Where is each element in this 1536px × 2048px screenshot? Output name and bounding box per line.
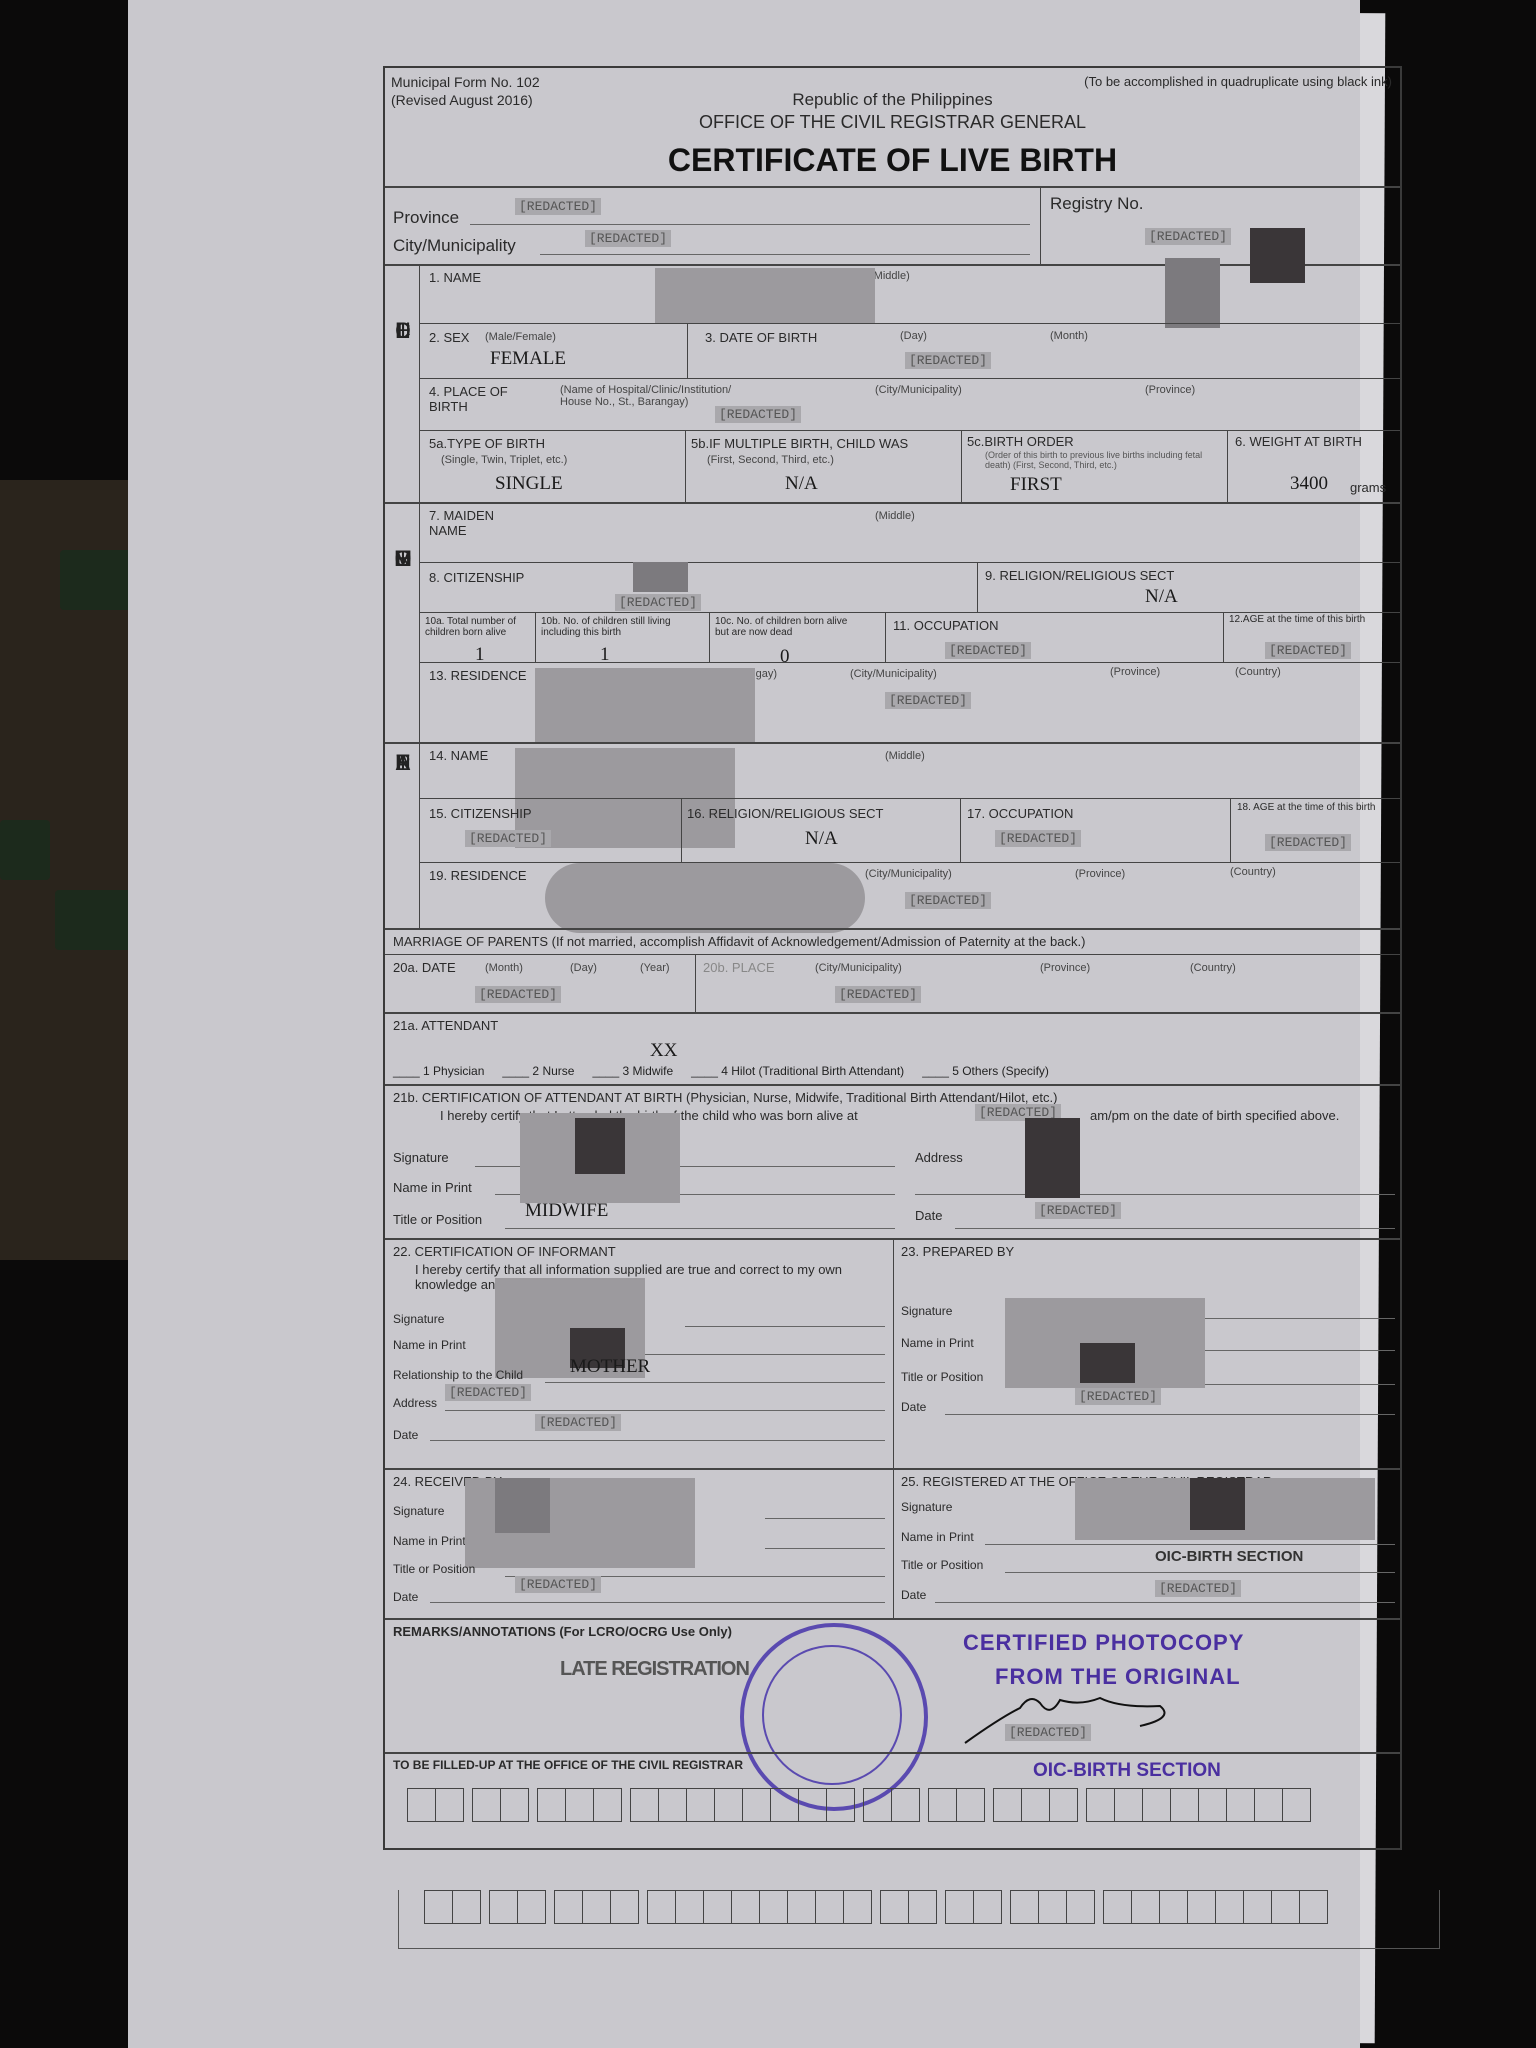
father-residence-country-label: (Country) bbox=[1230, 866, 1276, 878]
attendant-option: ____ 3 Midwife bbox=[592, 1064, 673, 1078]
entry-box[interactable] bbox=[1115, 1788, 1143, 1822]
registered-title-value: OIC-BIRTH SECTION bbox=[1155, 1548, 1303, 1565]
mother-occupation-label: 11. OCCUPATION bbox=[893, 618, 998, 633]
marriage-year-label: (Year) bbox=[640, 962, 670, 974]
ink-instruction: (To be accomplished in quadruplicate usi… bbox=[1084, 74, 1392, 89]
civil-registry-seal bbox=[740, 1623, 928, 1811]
box-group bbox=[424, 1890, 481, 1924]
office-heading: OFFICE OF THE CIVIL REGISTRAR GENERAL bbox=[385, 112, 1400, 133]
father-age-label: 18. AGE at the time of this birth bbox=[1237, 802, 1387, 813]
mother-residence-province-label: (Province) bbox=[1110, 666, 1160, 678]
attendant-cert-label: 21b. CERTIFICATION OF ATTENDANT AT BIRTH… bbox=[393, 1090, 1057, 1105]
late-registration-stamp: LATE REGISTRATION bbox=[560, 1658, 749, 1681]
entry-box[interactable] bbox=[771, 1788, 799, 1822]
entry-box[interactable] bbox=[715, 1788, 743, 1822]
signatory-name: [REDACTED] bbox=[1005, 1724, 1091, 1741]
attendant-date-label: Date bbox=[915, 1208, 942, 1223]
attendant-title-value: MIDWIFE bbox=[525, 1200, 608, 1222]
form-number: Municipal Form No. 102 bbox=[391, 74, 540, 90]
entry-box[interactable] bbox=[957, 1788, 985, 1822]
father-middle-label: (Middle) bbox=[885, 750, 925, 762]
province-label: Province bbox=[393, 208, 459, 228]
weight-unit: grams bbox=[1350, 480, 1386, 495]
entry-box[interactable] bbox=[647, 1890, 676, 1924]
tablecloth-pattern bbox=[55, 890, 135, 950]
father-occupation-value: [REDACTED] bbox=[995, 830, 1081, 847]
entry-box[interactable] bbox=[489, 1890, 518, 1924]
box-group bbox=[1086, 1788, 1311, 1822]
box-group bbox=[863, 1788, 920, 1822]
office-use-boxes bbox=[407, 1788, 1319, 1822]
entry-box[interactable] bbox=[501, 1788, 529, 1822]
entry-box[interactable] bbox=[1171, 1788, 1199, 1822]
marriage-heading: MARRIAGE OF PARENTS (If not married, acc… bbox=[393, 934, 1085, 949]
box-group bbox=[880, 1890, 937, 1924]
box-group bbox=[1103, 1890, 1328, 1924]
multiple-birth-hint: (First, Second, Third, etc.) bbox=[707, 454, 834, 466]
informant-label: 22. CERTIFICATION OF INFORMANT bbox=[393, 1244, 616, 1259]
mother-religion-label: 9. RELIGION/RELIGIOUS SECT bbox=[985, 568, 1174, 583]
redaction-block bbox=[1190, 1478, 1245, 1530]
city-label: City/Municipality bbox=[393, 236, 516, 256]
entry-box[interactable] bbox=[554, 1890, 583, 1924]
section-letter: R bbox=[389, 750, 417, 776]
entry-box[interactable] bbox=[1272, 1890, 1300, 1924]
certified-photocopy-stamp: CERTIFIED PHOTOCOPY bbox=[963, 1630, 1244, 1656]
children-dead-value: 0 bbox=[780, 646, 790, 668]
entry-box[interactable] bbox=[1132, 1890, 1160, 1924]
type-of-birth-label: 5a.TYPE OF BIRTH bbox=[429, 436, 545, 451]
box-group bbox=[993, 1788, 1078, 1822]
attendant-title-label: Title or Position bbox=[393, 1212, 482, 1227]
entry-box[interactable] bbox=[799, 1788, 827, 1822]
dob-label: 3. DATE OF BIRTH bbox=[705, 330, 825, 345]
father-citizenship-label: 15. CITIZENSHIP bbox=[429, 806, 532, 821]
mother-religion-value: N/A bbox=[1145, 586, 1178, 608]
entry-box[interactable] bbox=[1067, 1890, 1095, 1924]
box-group bbox=[472, 1788, 529, 1822]
tablecloth-pattern bbox=[0, 820, 50, 880]
attendant-date-value: [REDACTED] bbox=[1035, 1202, 1121, 1219]
redaction-block bbox=[655, 268, 875, 323]
prepared-date-value: [REDACTED] bbox=[1075, 1388, 1161, 1405]
registry-value: [REDACTED] bbox=[1145, 228, 1231, 245]
entry-box[interactable] bbox=[583, 1890, 611, 1924]
entry-box[interactable] bbox=[1227, 1788, 1255, 1822]
entry-box[interactable] bbox=[537, 1788, 566, 1822]
birth-order-hint: (Order of this birth to previous live bi… bbox=[985, 450, 1215, 470]
entry-box[interactable] bbox=[1086, 1788, 1115, 1822]
page-title: CERTIFICATE OF LIVE BIRTH bbox=[385, 142, 1400, 179]
place-province-label: (Province) bbox=[1145, 384, 1195, 396]
entry-box[interactable] bbox=[1255, 1788, 1283, 1822]
received-date-value: [REDACTED] bbox=[515, 1576, 601, 1593]
attendant-option: ____ 4 Hilot (Traditional Birth Attendan… bbox=[691, 1064, 904, 1078]
box-group bbox=[945, 1890, 1002, 1924]
entry-box[interactable] bbox=[687, 1788, 715, 1822]
entry-box[interactable] bbox=[676, 1890, 704, 1924]
section-letter: D bbox=[389, 318, 417, 344]
children-alive-label: 10a. Total number of children born alive bbox=[425, 616, 545, 638]
underlying-sheet-boxes bbox=[424, 1890, 1336, 1924]
mother-residence-value: [REDACTED] bbox=[885, 692, 971, 709]
entry-box[interactable] bbox=[1188, 1890, 1216, 1924]
received-date-label: Date bbox=[393, 1590, 418, 1604]
mother-occupation-value: [REDACTED] bbox=[945, 642, 1031, 659]
box-group bbox=[630, 1788, 855, 1822]
entry-box[interactable] bbox=[1244, 1890, 1272, 1924]
informant-address-value: [REDACTED] bbox=[445, 1384, 531, 1401]
entry-box[interactable] bbox=[909, 1890, 937, 1924]
redaction-block bbox=[633, 562, 688, 592]
box-group bbox=[1010, 1890, 1095, 1924]
mother-citizenship-value: [REDACTED] bbox=[615, 594, 701, 611]
sex-hint: (Male/Female) bbox=[485, 331, 556, 343]
from-original-stamp: FROM THE ORIGINAL bbox=[995, 1664, 1241, 1690]
redaction-block bbox=[495, 1478, 550, 1533]
box-group bbox=[647, 1890, 872, 1924]
attendant-mark: XX bbox=[650, 1040, 677, 1062]
maiden-name-label: 7. MAIDEN NAME bbox=[429, 508, 499, 538]
entry-box[interactable] bbox=[407, 1788, 436, 1822]
mother-age-label: 12.AGE at the time of this birth bbox=[1229, 614, 1389, 625]
marriage-date-value: [REDACTED] bbox=[475, 986, 561, 1003]
entry-box[interactable] bbox=[611, 1890, 639, 1924]
child-middle-label: (Middle) bbox=[870, 270, 910, 282]
registered-title-label: Title or Position bbox=[901, 1558, 983, 1572]
entry-box[interactable] bbox=[760, 1890, 788, 1924]
maiden-middle-label: (Middle) bbox=[875, 510, 915, 522]
entry-box[interactable] bbox=[659, 1788, 687, 1822]
prepared-label: 23. PREPARED BY bbox=[901, 1244, 1014, 1259]
attendant-option: ____ 5 Others (Specify) bbox=[922, 1064, 1049, 1078]
box-group bbox=[928, 1788, 985, 1822]
republic-heading: Republic of the Philippines bbox=[385, 90, 1400, 110]
attendant-label: 21a. ATTENDANT bbox=[393, 1018, 498, 1033]
marriage-place-label: 20b. PLACE bbox=[703, 960, 775, 975]
sex-value: FEMALE bbox=[490, 348, 566, 370]
birth-order-value: FIRST bbox=[1010, 474, 1062, 496]
father-age-value: [REDACTED] bbox=[1265, 834, 1351, 851]
weight-label: 6. WEIGHT AT BIRTH bbox=[1235, 434, 1362, 449]
type-of-birth-value: SINGLE bbox=[495, 473, 563, 495]
dob-day-label: (Day) bbox=[900, 330, 927, 342]
father-residence-value: [REDACTED] bbox=[905, 892, 991, 909]
registered-date-label: Date bbox=[901, 1588, 926, 1602]
multiple-birth-value: N/A bbox=[785, 473, 818, 495]
entry-box[interactable] bbox=[1039, 1890, 1067, 1924]
entry-box[interactable] bbox=[630, 1788, 659, 1822]
father-residence-province-label: (Province) bbox=[1075, 868, 1125, 880]
entry-box[interactable] bbox=[1199, 1788, 1227, 1822]
multiple-birth-label: 5b.IF MULTIPLE BIRTH, CHILD WAS bbox=[691, 436, 908, 451]
dob-value: [REDACTED] bbox=[905, 352, 991, 369]
mother-residence-country-label: (Country) bbox=[1235, 666, 1281, 678]
informant-text: I hereby certify that all information su… bbox=[415, 1262, 875, 1292]
entry-box[interactable] bbox=[436, 1788, 464, 1822]
registered-name-label: Name in Print bbox=[901, 1530, 974, 1544]
informant-name-label: Name in Print bbox=[393, 1338, 466, 1352]
entry-box[interactable] bbox=[928, 1788, 957, 1822]
box-group bbox=[489, 1890, 546, 1924]
mother-residence-label: 13. RESIDENCE bbox=[429, 668, 527, 683]
place-of-birth-value: [REDACTED] bbox=[715, 406, 801, 423]
entry-box[interactable] bbox=[704, 1890, 732, 1924]
attendant-cert-text-b: am/pm on the date of birth specified abo… bbox=[1090, 1108, 1339, 1123]
father-citizenship-value: [REDACTED] bbox=[465, 830, 551, 847]
entry-box[interactable] bbox=[424, 1890, 453, 1924]
birth-certificate-form: Municipal Form No. 102 (Revised August 2… bbox=[383, 66, 1402, 1850]
remarks-label: REMARKS/ANNOTATIONS (For LCRO/OCRG Use O… bbox=[393, 1624, 732, 1639]
attendant-options: ____ 1 Physician____ 2 Nurse____ 3 Midwi… bbox=[393, 1064, 1049, 1078]
box-group bbox=[554, 1890, 639, 1924]
mother-residence-city-label: (City/Municipality) bbox=[850, 668, 937, 680]
entry-box[interactable] bbox=[594, 1788, 622, 1822]
office-use-label: TO BE FILLED-UP AT THE OFFICE OF THE CIV… bbox=[393, 1758, 743, 1772]
entry-box[interactable] bbox=[518, 1890, 546, 1924]
redaction-block bbox=[1250, 228, 1305, 283]
weight-value: 3400 bbox=[1290, 473, 1328, 495]
prepared-name-label: Name in Print bbox=[901, 1336, 974, 1350]
marriage-day-label: (Day) bbox=[570, 962, 597, 974]
place-of-birth-hint: (Name of Hospital/Clinic/Institution/ Ho… bbox=[560, 384, 760, 408]
redaction-block bbox=[535, 668, 755, 743]
informant-relationship-value: MOTHER bbox=[570, 1356, 650, 1378]
received-signature-label: Signature bbox=[393, 1504, 444, 1518]
entry-box[interactable] bbox=[844, 1890, 872, 1924]
entry-box[interactable] bbox=[472, 1788, 501, 1822]
informant-relationship-label: Relationship to the Child bbox=[393, 1368, 523, 1382]
redaction-block bbox=[1165, 258, 1220, 328]
entry-box[interactable] bbox=[863, 1788, 892, 1822]
registered-date-value: [REDACTED] bbox=[1155, 1580, 1241, 1597]
mother-age-value: [REDACTED] bbox=[1265, 642, 1351, 659]
marriage-city-label: (City/Municipality) bbox=[815, 962, 902, 974]
box-group bbox=[537, 1788, 622, 1822]
entry-box[interactable] bbox=[1283, 1788, 1311, 1822]
prepared-date-label: Date bbox=[901, 1400, 926, 1414]
type-of-birth-hint: (Single, Twin, Triplet, etc.) bbox=[441, 454, 567, 466]
father-religion-label: 16. RELIGION/RELIGIOUS SECT bbox=[687, 806, 884, 821]
place-city-label: (City/Municipality) bbox=[875, 384, 962, 396]
father-occupation-label: 17. OCCUPATION bbox=[967, 806, 1073, 821]
registry-label: Registry No. bbox=[1050, 194, 1144, 214]
mother-citizenship-label: 8. CITIZENSHIP bbox=[429, 570, 524, 585]
informant-signature-label: Signature bbox=[393, 1312, 444, 1326]
registered-signature-label: Signature bbox=[901, 1500, 952, 1514]
children-dead-label: 10c. No. of children born alive but are … bbox=[715, 616, 855, 638]
attendant-signature-label: Signature bbox=[393, 1150, 449, 1165]
entry-box[interactable] bbox=[1143, 1788, 1171, 1822]
entry-box[interactable] bbox=[1160, 1890, 1188, 1924]
marriage-date-label: 20a. DATE bbox=[393, 960, 456, 975]
city-value: [REDACTED] bbox=[585, 230, 671, 247]
signatory-title: OIC-BIRTH SECTION bbox=[1033, 1760, 1221, 1782]
marriage-country-label: (Country) bbox=[1190, 962, 1236, 974]
entry-box[interactable] bbox=[1300, 1890, 1328, 1924]
place-of-birth-label: 4. PLACE OF BIRTH bbox=[429, 384, 519, 414]
redaction-block bbox=[575, 1118, 625, 1174]
father-residence-label: 19. RESIDENCE bbox=[429, 868, 527, 883]
birth-order-label: 5c.BIRTH ORDER bbox=[967, 434, 1074, 449]
father-name-label: 14. NAME bbox=[429, 748, 488, 763]
informant-date-value: [REDACTED] bbox=[535, 1414, 621, 1431]
received-name-label: Name in Print bbox=[393, 1534, 466, 1548]
child-name-label: 1. NAME bbox=[429, 270, 481, 285]
children-living-label: 10b. No. of children still living includ… bbox=[541, 616, 681, 638]
father-religion-value: N/A bbox=[805, 828, 838, 850]
entry-box[interactable] bbox=[743, 1788, 771, 1822]
entry-box[interactable] bbox=[880, 1890, 909, 1924]
attendant-address-label: Address bbox=[915, 1150, 963, 1165]
certificate-paper: Municipal Form No. 102 (Revised August 2… bbox=[128, 0, 1360, 2048]
attendant-option: ____ 1 Physician bbox=[393, 1064, 484, 1078]
entry-box[interactable] bbox=[816, 1890, 844, 1924]
box-group bbox=[407, 1788, 464, 1822]
attendant-option: ____ 2 Nurse bbox=[502, 1064, 574, 1078]
received-title-label: Title or Position bbox=[393, 1562, 475, 1576]
entry-box[interactable] bbox=[945, 1890, 974, 1924]
entry-box[interactable] bbox=[732, 1890, 760, 1924]
attendant-name-label: Name in Print bbox=[393, 1180, 472, 1195]
entry-box[interactable] bbox=[1022, 1788, 1050, 1822]
dob-month-label: (Month) bbox=[1050, 330, 1088, 342]
redaction-block bbox=[1025, 1118, 1080, 1198]
entry-box[interactable] bbox=[892, 1788, 920, 1822]
redaction-block bbox=[1080, 1343, 1135, 1383]
entry-box[interactable] bbox=[1050, 1788, 1078, 1822]
redaction-block bbox=[545, 863, 865, 933]
province-value: [REDACTED] bbox=[515, 198, 601, 215]
informant-address-label: Address bbox=[393, 1396, 437, 1410]
entry-box[interactable] bbox=[788, 1890, 816, 1924]
informant-date-label: Date bbox=[393, 1428, 418, 1442]
father-residence-city-label: (City/Municipality) bbox=[865, 868, 952, 880]
marriage-month-label: (Month) bbox=[485, 962, 523, 974]
entry-box[interactable] bbox=[1010, 1890, 1039, 1924]
entry-box[interactable] bbox=[566, 1788, 594, 1822]
section-letter: R bbox=[389, 546, 417, 572]
entry-box[interactable] bbox=[827, 1788, 855, 1822]
entry-box[interactable] bbox=[1216, 1890, 1244, 1924]
entry-box[interactable] bbox=[453, 1890, 481, 1924]
entry-box[interactable] bbox=[1103, 1890, 1132, 1924]
marriage-place-value: [REDACTED] bbox=[835, 986, 921, 1003]
prepared-signature-label: Signature bbox=[901, 1304, 952, 1318]
prepared-title-label: Title or Position bbox=[901, 1370, 983, 1384]
sex-label: 2. SEX bbox=[429, 330, 469, 345]
marriage-province-label: (Province) bbox=[1040, 962, 1090, 974]
entry-box[interactable] bbox=[974, 1890, 1002, 1924]
entry-box[interactable] bbox=[993, 1788, 1022, 1822]
